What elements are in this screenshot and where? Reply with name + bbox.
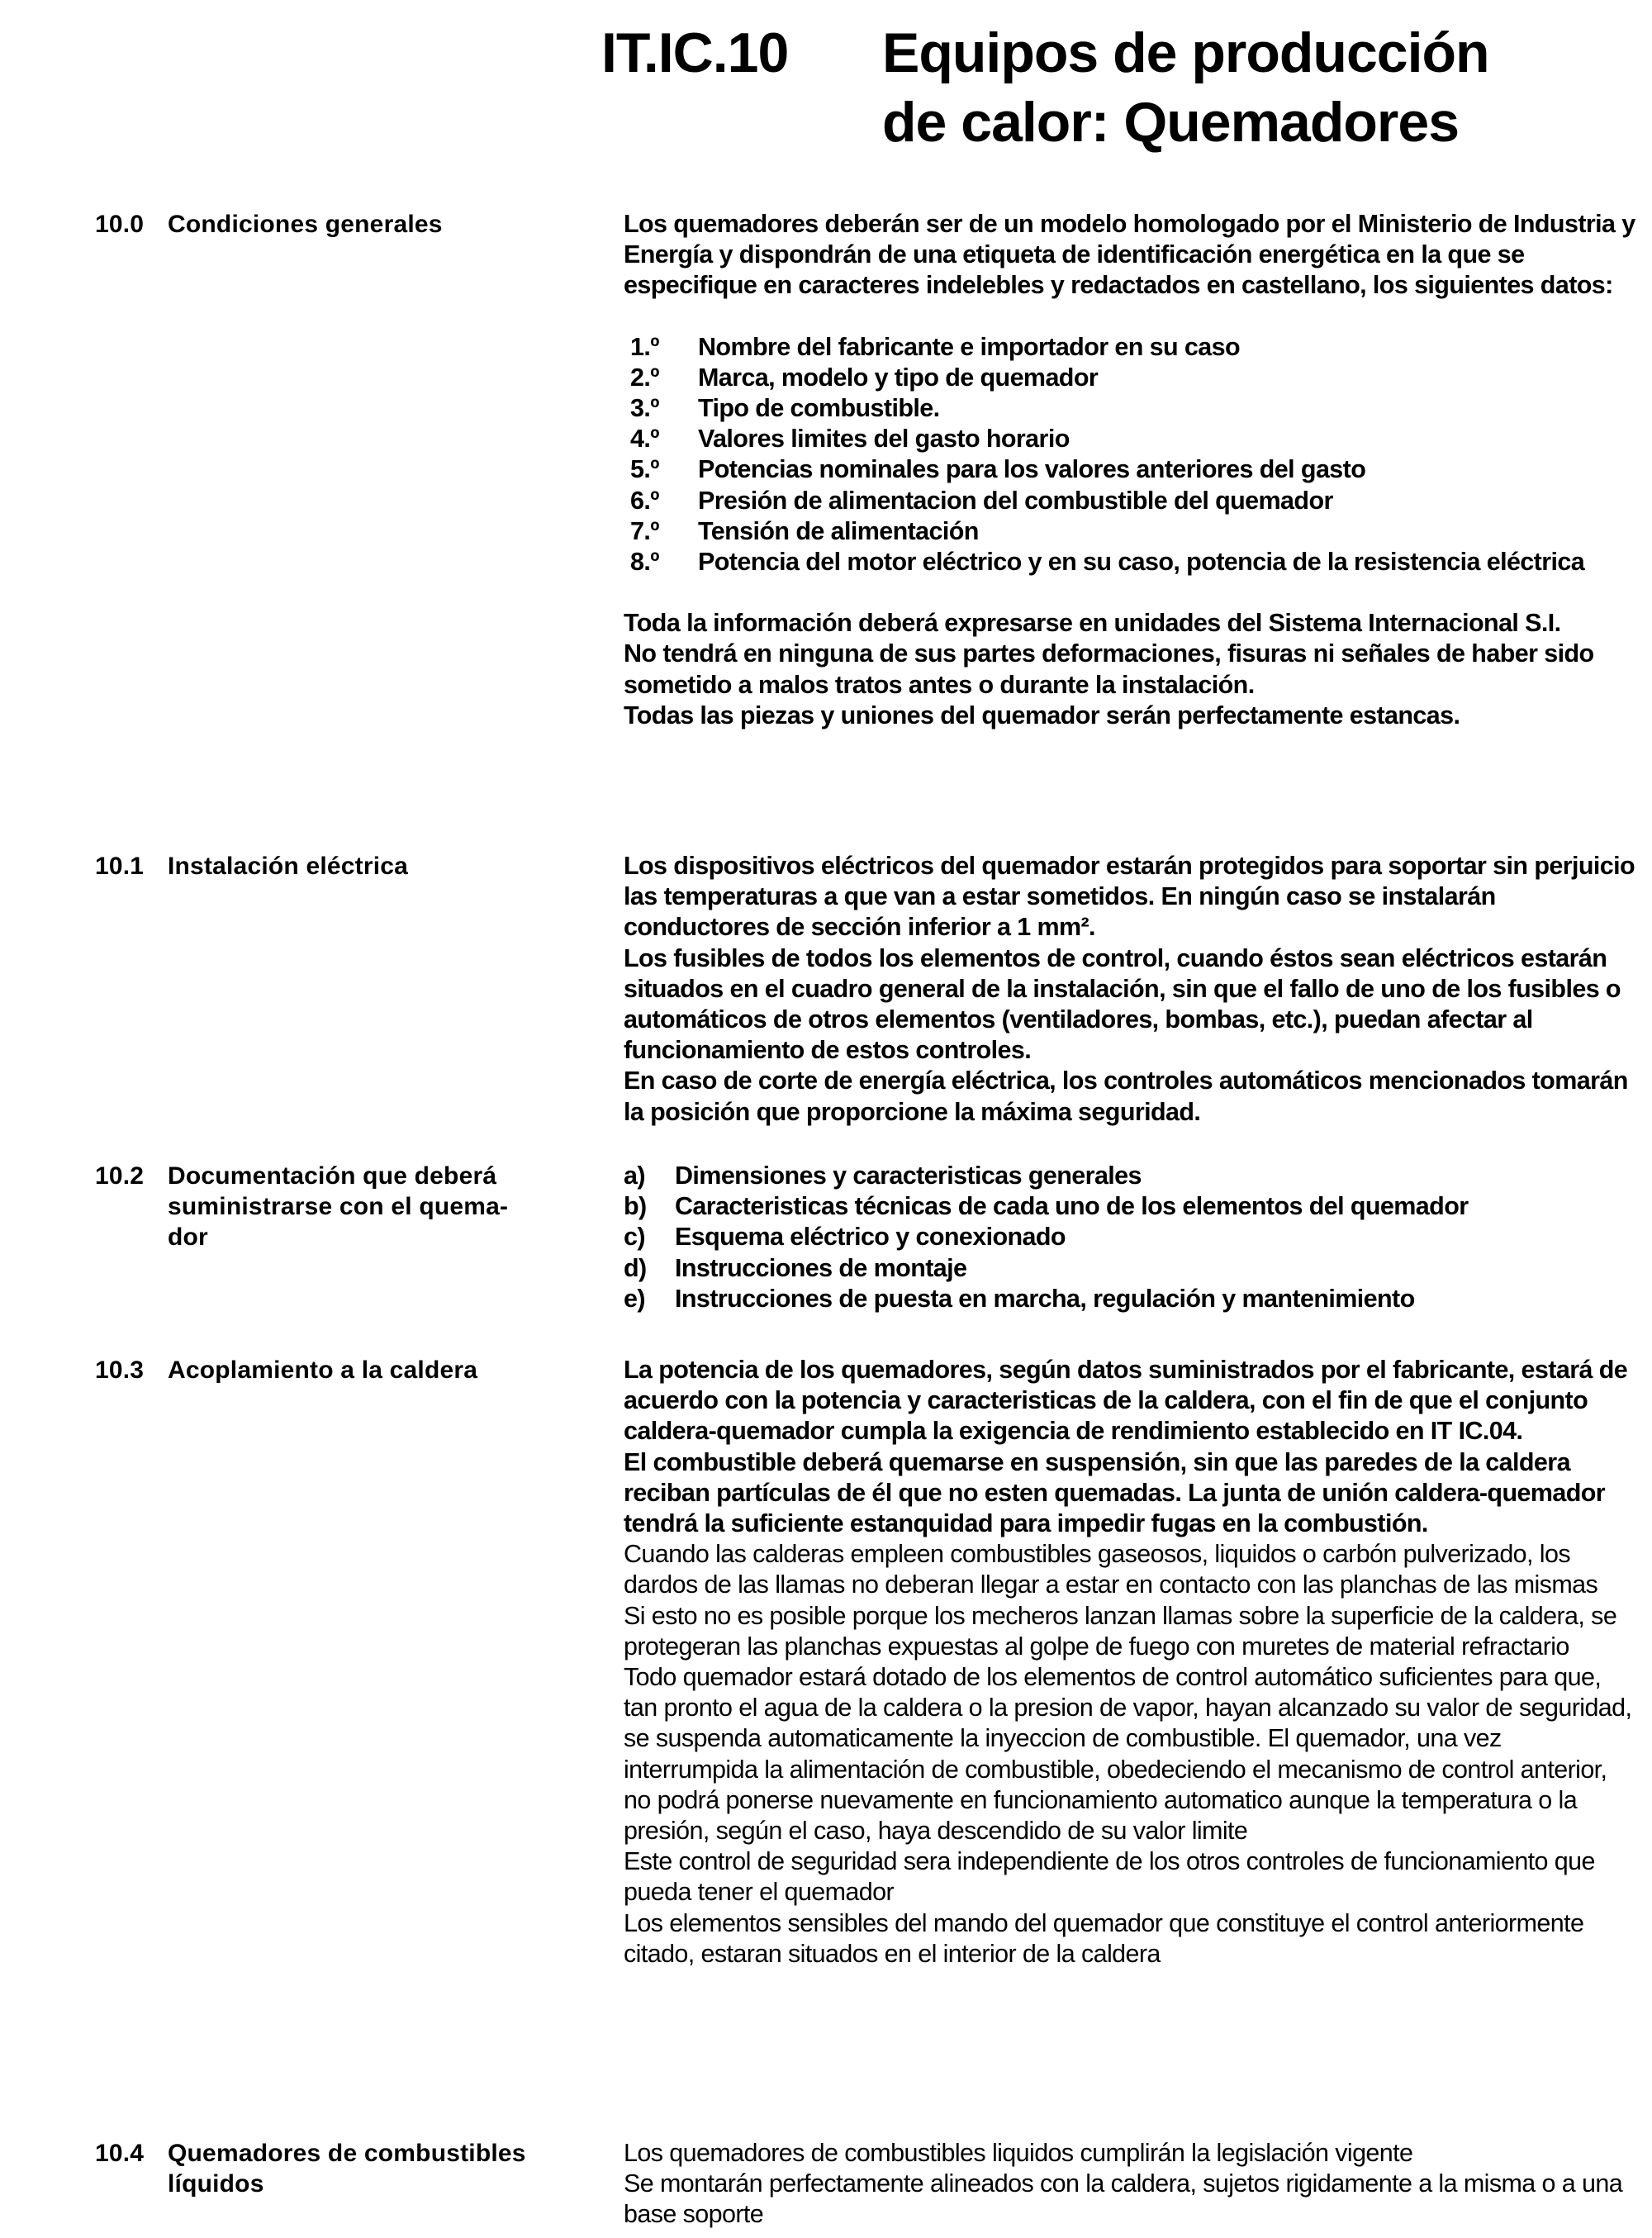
list-item: b)Caracteristicas técnicas de cada uno d… [624,1191,1640,1222]
paragraph: Si esto no es posible porque los mechero… [624,1601,1640,1662]
paragraph: Los dispositivos eléctricos del quemador… [624,851,1640,943]
list-text: Caracteristicas técnicas de cada uno de … [675,1191,1640,1222]
list-text: Tipo de combustible. [698,393,1640,424]
list-item: 5.ºPotencias nominales para los valores … [624,454,1640,485]
list-marker: b) [624,1191,675,1222]
list-marker: 6.º [624,486,698,516]
section-number: 10.1 [95,851,168,881]
section-number: 10.3 [95,1355,168,1385]
section-body: Los quemadores de combustibles liquidos … [624,2138,1640,2231]
title-line-1: Equipos de producción [882,21,1489,84]
paragraph: Los fusibles de todos los elementos de c… [624,943,1640,1067]
section-heading: 10.2Documentación que deberá suministrar… [95,1161,574,1252]
paragraph: La potencia de los quemadores, según dat… [624,1355,1640,1447]
section-title-line-2: líquidos [95,2169,574,2199]
list-text: Nombre del fabricante e importador en su… [698,332,1640,363]
list-text: Esquema eléctrico y conexionado [675,1222,1640,1252]
paragraph: Los elementos sensibles del mando del qu… [624,1908,1640,1970]
paragraph: Todo quemador estará dotado de los eleme… [624,1662,1640,1846]
list-marker: 5.º [624,454,698,485]
list-marker: 7.º [624,516,698,547]
paragraph: Los quemadores de combustibles liquidos … [624,2138,1640,2169]
section-number: 10.0 [95,209,168,240]
list-item: 1.ºNombre del fabricante e importador en… [624,332,1640,363]
section-body: a)Dimensiones y caracteristicas generale… [624,1161,1640,1314]
paragraph: Cuando las calderas empleen combustibles… [624,1539,1640,1600]
title-code: IT.IC.10 [601,18,882,88]
section-title-line-1: Quemadores de combustibles [168,2140,526,2167]
list-marker: d) [624,1253,675,1284]
list-text: Potencias nominales para los valores ant… [698,454,1640,485]
list-item: 4.ºValores limites del gasto horario [624,424,1640,454]
section-title: Acoplamiento a la caldera [168,1357,477,1384]
paragraph: Toda la información deberá expresarse en… [624,608,1640,639]
section-body: La potencia de los quemadores, según dat… [624,1355,1640,1970]
list-marker: c) [624,1222,675,1252]
section-title: Condiciones generales [168,211,443,238]
list-item: 2.ºMarca, modelo y tipo de quemador [624,363,1640,393]
section-body: Los dispositivos eléctricos del quemador… [624,851,1640,1128]
list-marker: e) [624,1284,675,1314]
list-text: Instrucciones de montaje [675,1253,1640,1284]
list-item: 8.ºPotencia del motor eléctrico y en su … [624,547,1640,577]
paragraph: En caso de corte de energía eléctrica, l… [624,1066,1640,1127]
list-text: Dimensiones y caracteristicas generales [675,1161,1640,1191]
section-title-line-3: dor [95,1222,574,1252]
list-text: Potencia del motor eléctrico y en su cas… [698,547,1640,577]
list-text: Valores limites del gasto horario [698,424,1640,454]
section-title-line-2: suministrarse con el quema- [95,1191,574,1222]
documentation-list: a)Dimensiones y caracteristicas generale… [624,1161,1640,1314]
list-item: e)Instrucciones de puesta en marcha, reg… [624,1284,1640,1314]
list-item: a)Dimensiones y caracteristicas generale… [624,1161,1640,1191]
paragraph: Se montarán perfectamente alineados con … [624,2169,1640,2230]
intro-paragraph: Los quemadores deberán ser de un modelo … [624,209,1640,302]
data-list: 1.ºNombre del fabricante e importador en… [624,332,1640,578]
section-heading: 10.4Quemadores de combustibles líquidos [95,2138,574,2199]
list-item: 3.ºTipo de combustible. [624,393,1640,424]
section-heading: 10.0Condiciones generales [95,209,574,240]
list-item: 7.ºTensión de alimentación [624,516,1640,547]
list-text: Presión de alimentacion del combustible … [698,486,1640,516]
list-item: 6.ºPresión de alimentacion del combustib… [624,486,1640,516]
paragraph: El combustible deberá quemarse en suspen… [624,1447,1640,1540]
list-marker: 4.º [624,424,698,454]
section-body: Los quemadores deberán ser de un modelo … [624,209,1640,731]
section-title-line-1: Documentación que deberá [168,1162,496,1190]
list-marker: 2.º [624,363,698,393]
list-marker: 8.º [624,547,698,577]
title-line-2: de calor: Quemadores [601,88,1642,157]
section-number: 10.2 [95,1161,168,1191]
list-marker: 3.º [624,393,698,424]
paragraph: Este control de seguridad sera independi… [624,1846,1640,1908]
list-item: d)Instrucciones de montaje [624,1253,1640,1284]
list-marker: 1.º [624,332,698,363]
list-text: Marca, modelo y tipo de quemador [698,363,1640,393]
list-text: Instrucciones de puesta en marcha, regul… [675,1284,1640,1314]
list-text: Tensión de alimentación [698,516,1640,547]
section-heading: 10.1Instalación eléctrica [95,851,574,881]
paragraph: No tendrá en ninguna de sus partes defor… [624,639,1640,700]
list-item: c)Esquema eléctrico y conexionado [624,1222,1640,1252]
section-title: Instalación eléctrica [168,853,408,880]
list-marker: a) [624,1161,675,1191]
section-number: 10.4 [95,2138,168,2169]
paragraph: Todas las piezas y uniones del quemador … [624,701,1640,731]
page-title: IT.IC.10Equipos de producción de calor: … [601,18,1642,157]
section-heading: 10.3Acoplamiento a la caldera [95,1355,574,1385]
